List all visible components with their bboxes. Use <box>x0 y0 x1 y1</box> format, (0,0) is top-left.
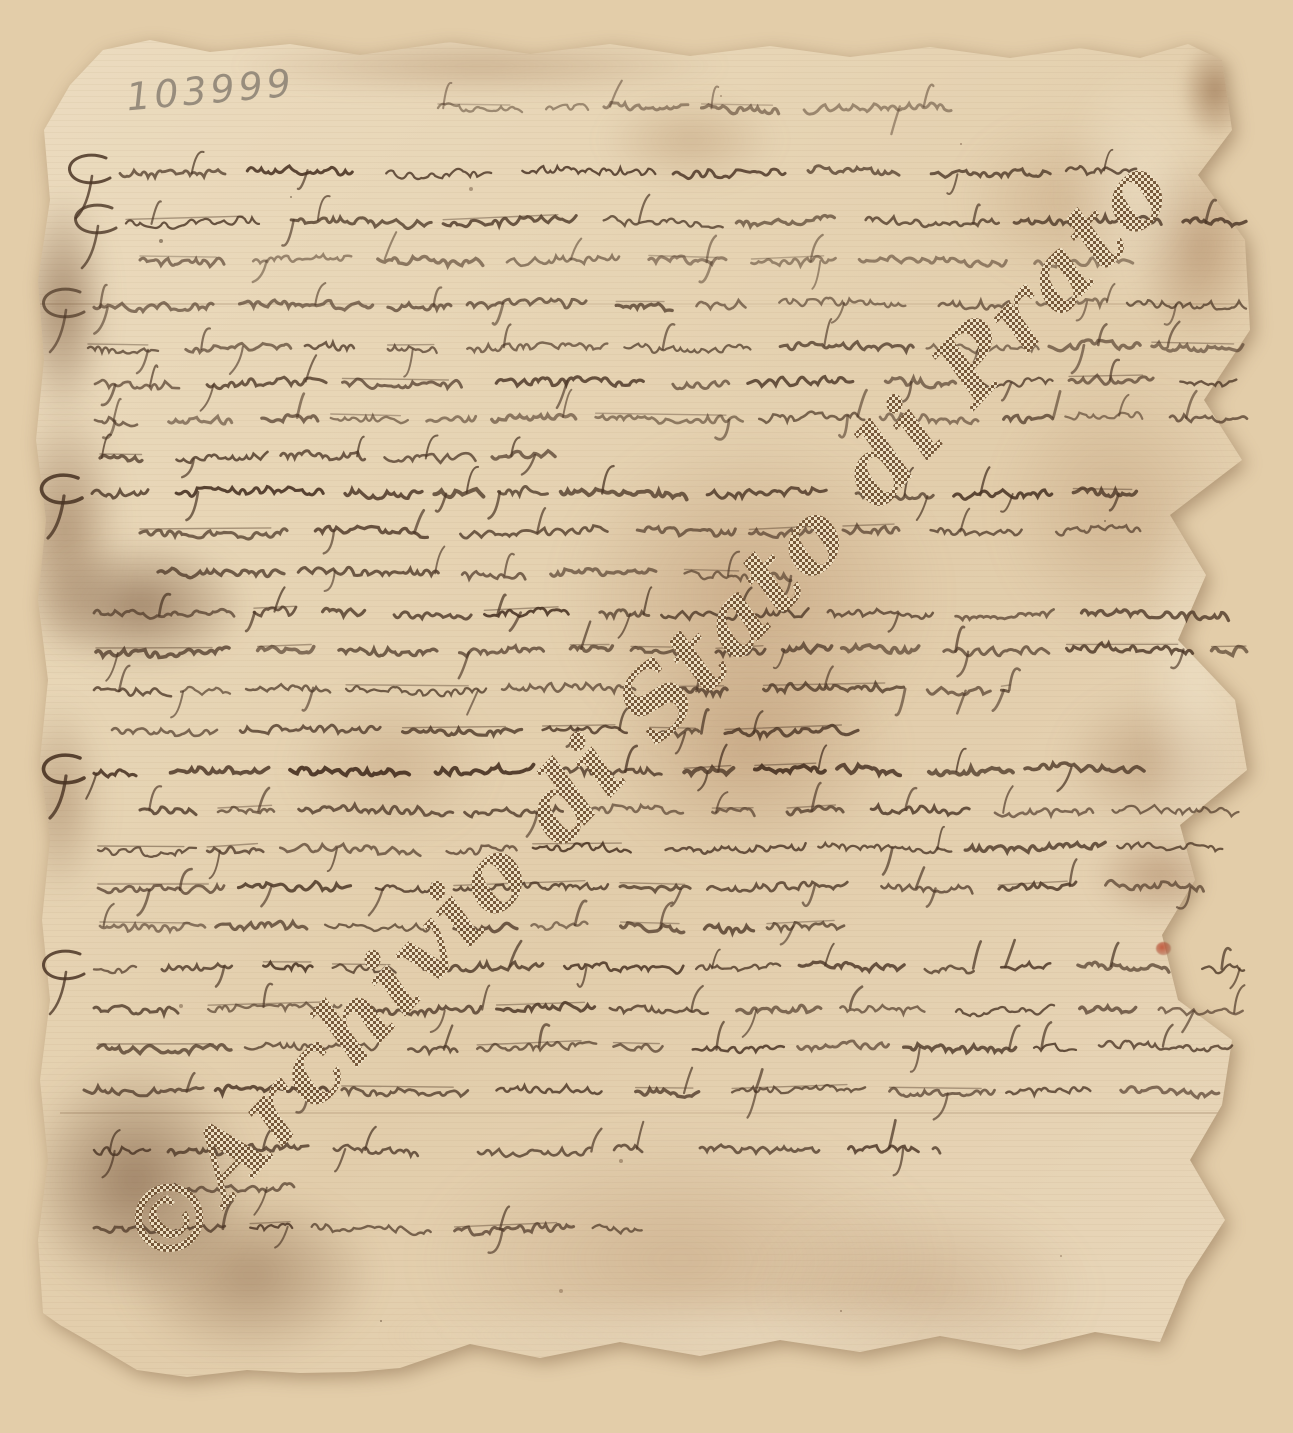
ink-stroke <box>489 492 500 519</box>
ink-stroke <box>291 217 431 228</box>
ink-stroke <box>415 510 424 532</box>
ink-stroke <box>780 342 913 352</box>
ink-stroke <box>804 103 951 114</box>
ink-stroke <box>1073 489 1131 490</box>
ink-stroke <box>345 489 422 499</box>
ink-stroke <box>394 612 471 619</box>
ink-stroke <box>492 451 555 459</box>
ink-stroke <box>96 647 229 657</box>
ink-stroke <box>140 529 287 539</box>
ink-stroke <box>871 805 969 815</box>
ink-stroke <box>604 103 688 110</box>
ink-stroke <box>98 1045 231 1054</box>
ink-stroke <box>736 216 834 227</box>
ink-stroke <box>140 256 216 257</box>
ink-stroke <box>404 350 413 377</box>
ink-stroke <box>467 298 586 308</box>
ink-stroke <box>636 1089 699 1098</box>
ink-stroke <box>98 846 184 847</box>
ink-stroke <box>931 169 1050 177</box>
ink-stroke <box>1113 805 1239 816</box>
ink-stroke <box>1230 968 1239 988</box>
ink-stroke <box>218 805 272 808</box>
ink-stroke <box>842 645 919 653</box>
ink-stroke <box>673 381 729 389</box>
ink-stroke <box>799 962 904 972</box>
ink-stroke <box>258 647 314 653</box>
ink-stroke <box>702 105 779 114</box>
ink-stroke <box>496 377 643 386</box>
ink-stroke <box>467 690 478 714</box>
ink-stroke <box>883 848 892 875</box>
ink-stroke <box>259 788 270 811</box>
ink-stroke <box>94 303 213 312</box>
ink-stroke <box>1212 646 1246 647</box>
ink-stroke <box>848 1146 918 1153</box>
ink-stroke <box>462 571 525 579</box>
ink-stroke <box>207 377 326 388</box>
ink-stroke <box>388 303 451 311</box>
ink-stroke <box>493 303 503 324</box>
ink-stroke <box>546 104 588 110</box>
ink-stroke <box>1056 525 1140 535</box>
ink-stroke <box>86 773 96 798</box>
ink-stroke <box>684 768 733 775</box>
ink-stroke <box>911 1048 920 1072</box>
ink-stroke <box>169 416 232 424</box>
ink-stroke <box>84 1086 203 1096</box>
ink-stroke <box>931 528 1022 535</box>
ink-stroke <box>614 1043 660 1044</box>
ink-stroke <box>639 195 649 222</box>
ink-stroke <box>246 612 255 631</box>
ink-stroke <box>1159 1008 1243 1015</box>
ink-stroke <box>408 1046 457 1053</box>
ink-stroke <box>152 201 161 224</box>
ink-stroke <box>663 324 675 349</box>
ink-stroke <box>216 921 307 929</box>
ink-stroke <box>956 1005 1054 1016</box>
ink-stroke <box>850 987 862 1008</box>
ink-stroke <box>1025 763 1144 772</box>
ink-stroke <box>510 613 521 631</box>
ink-stroke <box>171 692 183 718</box>
ink-stroke <box>100 923 205 932</box>
ink-stroke <box>261 886 271 906</box>
ink-stroke <box>644 587 652 614</box>
ink-stroke <box>958 652 969 677</box>
ink-stroke <box>331 416 408 424</box>
ink-stroke <box>636 1088 693 1089</box>
ink-stroke <box>933 1148 940 1154</box>
ink-stroke <box>673 169 785 178</box>
ink-stroke <box>230 347 243 374</box>
ink-stroke <box>275 1227 288 1248</box>
ink-stroke <box>896 689 905 715</box>
ink-stroke <box>346 685 468 686</box>
ink-stroke <box>290 768 409 776</box>
ink-stroke <box>262 415 318 422</box>
ink-stroke <box>1004 415 1053 422</box>
ink-stroke <box>455 1224 574 1235</box>
ink-stroke <box>312 1224 431 1235</box>
ink-stroke <box>637 1122 644 1149</box>
ink-stroke <box>112 728 217 736</box>
ink-stroke <box>94 609 234 618</box>
ink-stroke <box>637 527 735 536</box>
ink-stroke <box>403 728 522 735</box>
ink-stroke <box>149 786 161 810</box>
ink-stroke <box>1005 940 1015 967</box>
ink-stroke <box>522 166 655 175</box>
ink-stroke <box>1183 218 1246 226</box>
ink-stroke <box>889 614 898 632</box>
ink-stroke <box>137 350 148 373</box>
ink-stroke <box>484 607 558 611</box>
ink-stroke <box>571 239 581 260</box>
ink-stroke <box>1110 360 1119 380</box>
ink-stroke <box>705 925 754 933</box>
ink-stroke <box>281 451 365 460</box>
ink-stroke <box>973 942 981 969</box>
ink-stroke <box>1034 1044 1076 1051</box>
ink-stroke <box>1180 380 1236 387</box>
ink-stroke <box>1054 391 1061 417</box>
ink-stroke <box>616 304 672 311</box>
ink-stroke <box>459 652 469 678</box>
ink-stroke <box>140 258 224 266</box>
ink-stroke <box>1069 375 1142 376</box>
ink-stroke <box>201 385 214 411</box>
ink-stroke <box>894 1148 904 1175</box>
ink-stroke <box>280 844 420 856</box>
ink-stroke <box>693 1046 784 1053</box>
ink-stroke <box>934 1094 948 1120</box>
ink-stroke <box>818 843 951 853</box>
ink-stroke <box>973 205 979 224</box>
ink-stroke <box>339 648 437 656</box>
ink-stroke <box>385 453 476 463</box>
ink-stroke <box>824 319 831 345</box>
ink-stroke <box>427 416 476 422</box>
ink-stroke <box>94 966 136 973</box>
ink-stroke <box>378 256 483 266</box>
ink-stroke <box>718 745 726 771</box>
ink-stroke <box>993 690 1004 710</box>
ink-stroke <box>138 890 150 915</box>
ink-stroke <box>240 300 373 310</box>
ink-stroke <box>890 1088 995 1096</box>
ink-stroke <box>808 166 899 175</box>
ink-stroke <box>1058 768 1072 792</box>
ink-stroke <box>961 509 970 532</box>
ink-stroke <box>282 220 293 246</box>
ink-stroke <box>600 610 649 617</box>
ink-stroke <box>619 614 631 638</box>
ink-stroke <box>43 289 84 317</box>
ink-stroke <box>497 1085 602 1094</box>
ink-stroke <box>434 489 483 497</box>
ink-stroke <box>106 653 118 681</box>
ink-stroke <box>299 805 453 816</box>
ink-stroke <box>119 666 129 691</box>
ink-stroke <box>531 922 587 930</box>
ink-stroke <box>666 843 806 854</box>
ink-stroke <box>1186 391 1196 418</box>
manuscript-scan: 103999 ©Archivio di Stato di Prato <box>0 0 1293 1433</box>
ink-stroke <box>891 106 899 134</box>
ink-stroke <box>94 687 171 696</box>
ink-stroke <box>438 104 510 105</box>
ink-stroke <box>696 963 780 971</box>
ink-stroke <box>298 567 438 575</box>
ink-stroke <box>947 174 957 194</box>
ink-stroke <box>365 1127 376 1150</box>
ink-stroke <box>707 882 847 892</box>
ink-stroke <box>505 554 514 575</box>
ink-stroke <box>596 413 726 415</box>
ink-stroke <box>840 1005 924 1014</box>
ink-stroke <box>866 217 999 227</box>
ink-stroke <box>210 850 220 878</box>
ink-stroke <box>114 399 121 421</box>
ink-stroke <box>181 687 230 695</box>
ink-stroke <box>331 414 401 416</box>
ink-stroke <box>1121 1087 1219 1098</box>
ink-stroke <box>881 885 972 894</box>
ink-stroke <box>94 1006 178 1015</box>
ink-stroke <box>254 606 295 608</box>
ink-stroke <box>925 966 974 973</box>
ink-stroke <box>812 261 820 289</box>
ink-stroke <box>88 344 148 345</box>
ink-stroke <box>698 772 707 791</box>
ink-stroke <box>324 531 334 554</box>
ink-stroke <box>247 166 352 175</box>
ink-stroke <box>889 1120 895 1148</box>
ink-stroke <box>596 416 743 424</box>
ink-stroke <box>1082 610 1229 621</box>
ink-stroke <box>305 342 354 350</box>
ink-stroke <box>593 1225 642 1234</box>
ink-stroke <box>944 647 1049 656</box>
ink-stroke <box>956 610 1054 620</box>
ink-stroke <box>1177 888 1190 909</box>
ink-stroke <box>140 528 271 529</box>
ink-stroke <box>103 1151 115 1177</box>
ink-stroke <box>120 170 225 178</box>
ink-stroke <box>100 456 142 462</box>
ink-stroke <box>803 886 815 906</box>
ink-stroke <box>859 256 1006 267</box>
ink-stroke <box>246 684 330 692</box>
ink-stroke <box>965 842 1105 852</box>
ink-stroke <box>927 889 936 907</box>
ink-stroke <box>551 569 656 577</box>
ink-stroke <box>748 1091 757 1117</box>
ink-stroke <box>100 454 142 455</box>
ink-stroke <box>385 232 397 259</box>
ink-stroke <box>798 1041 889 1050</box>
ink-stroke <box>1170 415 1247 422</box>
ink-stroke <box>819 745 827 768</box>
ink-stroke <box>1001 494 1013 512</box>
ink-stroke <box>956 749 965 772</box>
ink-stroke <box>602 466 613 493</box>
ink-stroke <box>98 885 224 893</box>
ink-stroke <box>357 437 364 457</box>
ink-stroke <box>1234 985 1244 1012</box>
ink-stroke <box>334 1145 418 1156</box>
ink-stroke <box>171 767 269 774</box>
ink-stroke <box>825 944 834 966</box>
ink-stroke <box>126 216 243 219</box>
ink-stroke <box>837 765 900 776</box>
handwriting-layer: ©Archivio di Stato di Prato <box>0 0 1293 1433</box>
ink-stroke <box>570 646 612 651</box>
ink-stroke <box>684 1068 692 1093</box>
ink-stroke <box>460 646 544 657</box>
ink-stroke <box>621 923 684 933</box>
ink-stroke <box>369 888 383 915</box>
ink-stroke <box>192 152 204 174</box>
ink-stroke <box>150 365 157 385</box>
ink-stroke <box>561 489 687 499</box>
ink-stroke <box>1001 962 1050 970</box>
ink-stroke <box>258 645 312 647</box>
ink-stroke <box>482 986 489 1010</box>
ink-stroke <box>98 847 196 856</box>
ink-stroke <box>100 285 106 308</box>
ink-stroke <box>1006 1087 1090 1095</box>
ink-stroke <box>754 711 763 733</box>
ink-stroke <box>346 686 486 696</box>
wax-spot <box>1156 942 1171 955</box>
ink-stroke <box>828 609 933 619</box>
ink-stroke <box>691 986 702 1011</box>
ink-stroke <box>216 967 224 987</box>
ink-stroke <box>94 770 136 777</box>
ink-stroke <box>240 725 380 734</box>
ink-stroke <box>239 882 351 892</box>
ink-stroke <box>712 808 754 816</box>
ink-stroke <box>1106 880 1204 891</box>
ink-stroke <box>507 256 619 266</box>
ink-stroke <box>95 380 179 389</box>
ink-stroke <box>927 687 990 695</box>
ink-stroke <box>1009 1026 1019 1049</box>
ink-stroke <box>591 1129 601 1152</box>
ink-stroke <box>1127 300 1246 309</box>
ink-stroke <box>1152 342 1234 344</box>
ink-stroke <box>614 1044 663 1051</box>
ink-stroke <box>159 594 170 615</box>
ink-stroke <box>1080 1006 1136 1013</box>
ink-stroke <box>1078 962 1169 972</box>
ink-stroke <box>748 377 853 387</box>
ink-stroke <box>297 394 304 418</box>
ink-stroke <box>1099 1041 1232 1051</box>
ink-stroke <box>499 487 548 496</box>
ink-stroke <box>1212 647 1247 656</box>
ink-stroke <box>700 262 712 282</box>
ink-stroke <box>207 847 263 854</box>
ink-stroke <box>318 196 330 220</box>
ink-stroke <box>711 86 718 108</box>
ink-stroke <box>755 766 825 773</box>
ink-stroke <box>104 904 114 926</box>
ink-stroke <box>43 755 84 783</box>
ink-stroke <box>177 452 268 463</box>
ink-stroke <box>604 216 723 228</box>
ink-stroke <box>500 1207 509 1230</box>
ink-stroke <box>94 1147 150 1155</box>
ink-stroke <box>783 644 832 653</box>
ink-stroke <box>180 869 192 890</box>
ink-stroke <box>564 963 683 974</box>
ink-stroke <box>478 1148 590 1157</box>
ink-stroke <box>201 328 210 349</box>
ink-stroke <box>1163 1025 1173 1047</box>
ink-stroke <box>1117 843 1222 852</box>
ink-stroke <box>335 1149 345 1171</box>
ink-stroke <box>1111 943 1118 966</box>
ink-stroke <box>460 526 607 539</box>
ink-stroke <box>94 308 107 334</box>
ink-stroke <box>323 608 365 616</box>
ink-stroke <box>69 155 110 183</box>
ink-stroke <box>624 344 750 353</box>
ink-stroke <box>386 169 491 179</box>
ink-stroke <box>938 827 945 850</box>
ink-stroke <box>916 868 924 888</box>
ink-stroke <box>436 494 446 512</box>
ink-stroke <box>403 727 506 728</box>
ink-stroke <box>100 922 189 923</box>
ink-stroke <box>737 1005 821 1013</box>
ink-stroke <box>717 1022 724 1050</box>
ink-stroke <box>929 767 1013 775</box>
ink-stroke <box>43 951 84 979</box>
ink-stroke <box>477 1042 596 1051</box>
ink-stroke <box>41 475 82 503</box>
ink-stroke <box>684 766 730 769</box>
ink-stroke <box>158 568 284 577</box>
ink-stroke <box>92 490 148 498</box>
ink-stroke <box>620 883 685 885</box>
ink-stroke <box>995 809 1093 817</box>
ink-stroke <box>110 1130 120 1151</box>
ink-stroke <box>253 254 351 263</box>
ink-stroke <box>303 688 314 711</box>
ink-stroke <box>954 490 1052 499</box>
ink-stroke <box>467 342 607 352</box>
ink-stroke <box>1065 412 1142 419</box>
ink-stroke <box>697 300 746 309</box>
ink-stroke <box>435 547 444 574</box>
ink-stroke <box>1003 786 1013 813</box>
ink-stroke <box>1009 669 1019 690</box>
ink-stroke <box>263 962 312 971</box>
ink-stroke <box>162 964 232 971</box>
ink-stroke <box>75 205 116 233</box>
ink-stroke <box>700 1145 819 1154</box>
ink-stroke <box>890 1087 982 1088</box>
